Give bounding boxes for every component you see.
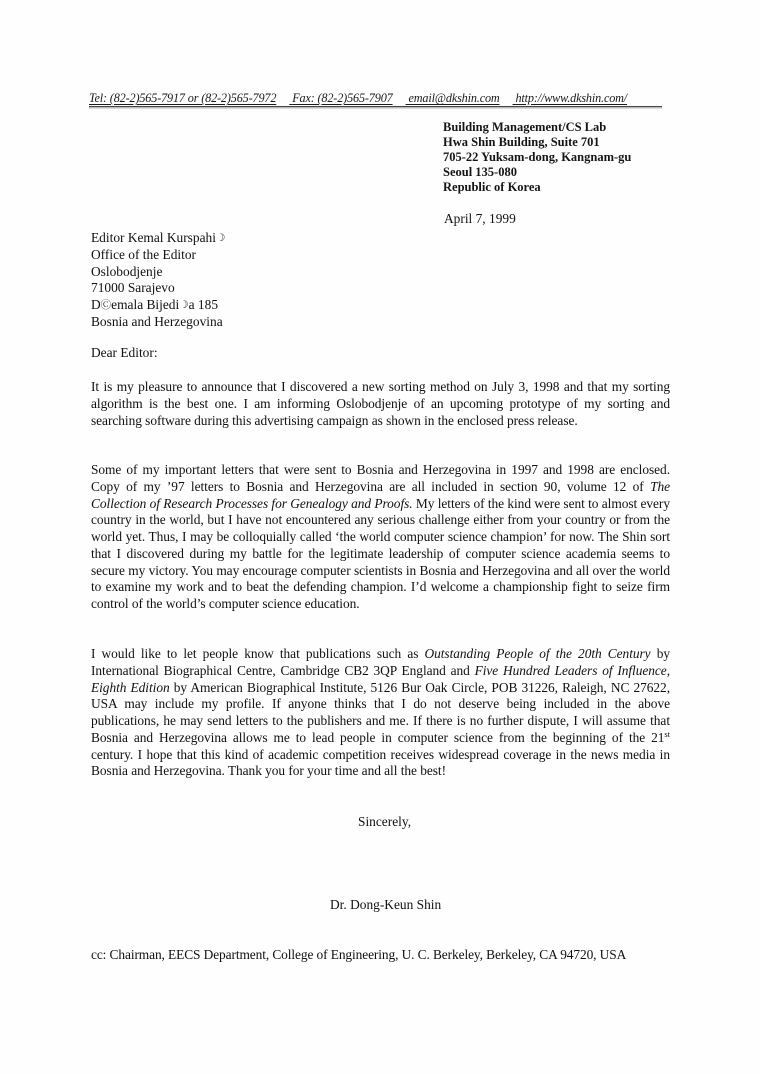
letterhead-fax: Fax: (82-2)565-7907 — [292, 91, 392, 105]
missing-glyph-icon: ☽ — [216, 232, 225, 244]
letterhead-website: http://www.dkshin.com/ — [515, 91, 627, 105]
letterhead-contact-line: Tel: (82-2)565-7917 or (82-2)565-7972 Fa… — [89, 91, 662, 107]
recipient-name: Editor Kemal Kurspahi☽ — [91, 230, 225, 247]
letterhead-email: email@dkshin.com — [408, 91, 499, 105]
body-paragraph-1: It is my pleasure to announce that I dis… — [91, 379, 670, 429]
publication-title: Outstanding People of the 20th Century — [425, 646, 651, 661]
missing-glyph-icon: Ⓒ — [101, 299, 112, 311]
letter-date: April 7, 1999 — [444, 211, 516, 228]
letter-page: Tel: (82-2)565-7917 or (82-2)565-7972 Fa… — [0, 0, 760, 1074]
recipient-address: Editor Kemal Kurspahi☽ Office of the Edi… — [91, 230, 225, 331]
publication-edition: Eighth Edition — [91, 680, 170, 695]
recipient-office: Office of the Editor — [91, 247, 225, 264]
recipient-organization: Oslobodjenje — [91, 264, 225, 281]
sender-address-line: Building Management/CS Lab — [443, 120, 631, 135]
sender-address-line: Hwa Shin Building, Suite 701 — [443, 135, 631, 150]
sender-address-line: 705-22 Yuksam-dong, Kangnam-gu — [443, 150, 631, 165]
cc-line: cc: Chairman, EECS Department, College o… — [91, 947, 626, 964]
closing: Sincerely, — [358, 814, 411, 831]
sender-address: Building Management/CS Lab Hwa Shin Buil… — [443, 120, 631, 195]
sender-address-line: Seoul 135-080 — [443, 165, 631, 180]
recipient-country: Bosnia and Herzegovina — [91, 314, 225, 331]
salutation: Dear Editor: — [91, 345, 158, 362]
letterhead-tel: Tel: (82-2)565-7917 or (82-2)565-7972 — [89, 91, 276, 105]
recipient-street: DⒸemala Bijedi☽a 185 — [91, 297, 225, 314]
body-paragraph-2: Some of my important letters that were s… — [91, 462, 670, 613]
sender-address-line: Republic of Korea — [443, 180, 631, 195]
signature-name: Dr. Dong-Keun Shin — [330, 897, 441, 914]
body-paragraph-3: I would like to let people know that pub… — [91, 646, 670, 780]
publication-title: Five Hundred Leaders of Influence — [475, 663, 667, 678]
recipient-city: 71000 Sarajevo — [91, 280, 225, 297]
ordinal-suffix: st — [664, 729, 670, 739]
missing-glyph-icon: ☽ — [179, 299, 188, 311]
